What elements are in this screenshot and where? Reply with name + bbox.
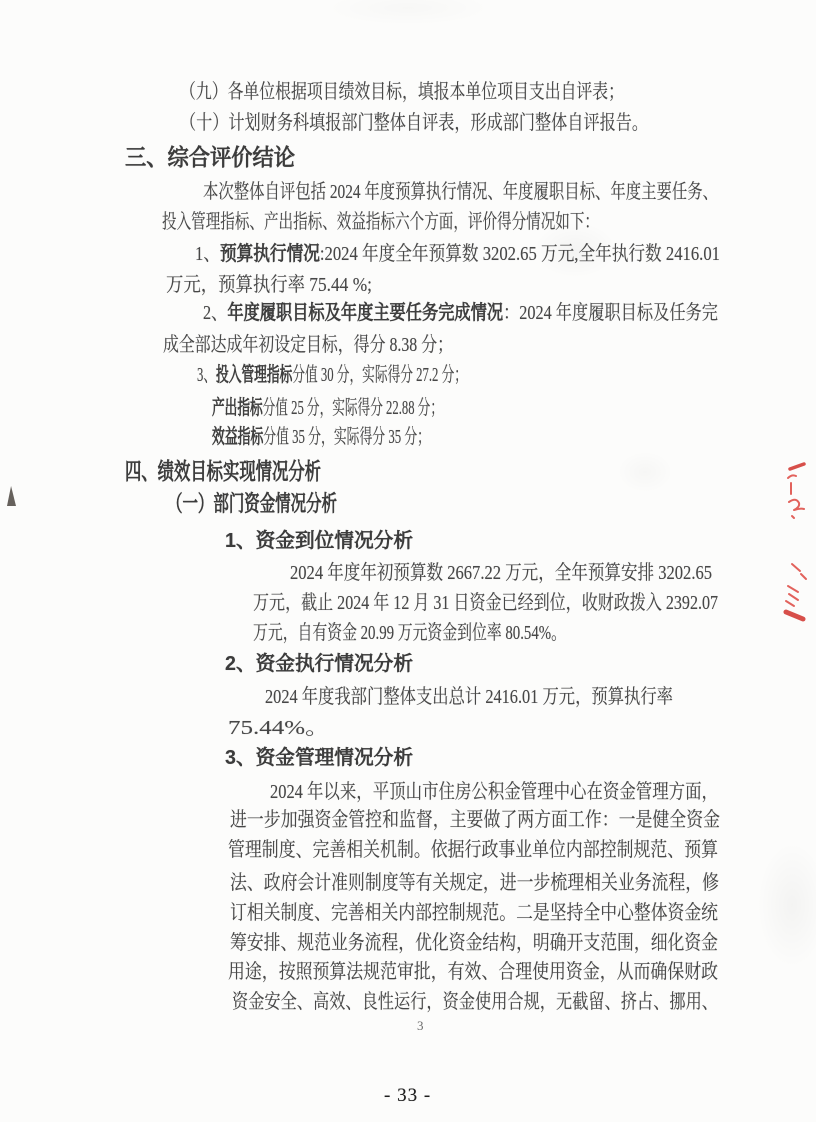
para-fund-management-line-5: 订相关制度、完善相关内部控制规范。二是坚持全中心整体资金统: [230, 903, 718, 923]
text-run: 1、资金到位情况分析: [225, 530, 413, 552]
emphasized-text: 年度履职目标及年度主要任务完成情况: [227, 302, 503, 324]
item-output-indicator: 产出指标分值 25 分，实际得分 22.88 分；: [212, 398, 443, 418]
item-duty-targets-line-1: 2、年度履职目标及年度主要任务完成情况：2024 年度履职目标及任务完: [203, 303, 718, 323]
text-run: ：2024 年度履职目标及任务完: [503, 302, 718, 324]
item-duty-targets-line-2: 成全部达成年初设定目标，得分 8.38 分；: [163, 335, 453, 355]
scanned-document-page: （九）各单位根据项目绩效目标，填报本单位项目支出自评表；（十）计划财务科填报部门…: [0, 0, 816, 1122]
para-fund-execution-line-2: 75.44%。: [228, 718, 330, 738]
text-run: 三、综合评价结论: [125, 144, 295, 170]
footer-page-number: - 33 -: [384, 1086, 431, 1105]
para-fund-management-line-4: 法、政府会计准则制度等有关规定，进一步梳理相关业务流程，修: [230, 873, 719, 893]
para-fund-management-line-8: 资金安全、高效、良性运行，资金使用合规，无截留、挤占、挪用、: [232, 992, 718, 1012]
para-fund-management-line-2: 进一步加强资金管控和监督，主要做了两方面工作：一是健全资金: [230, 810, 720, 830]
text-run: 筹安排、规范业务流程，优化资金结构，明确开支范围，细化资金: [230, 932, 718, 954]
text-run: 2024 年以来，平顶山市住房公积金管理中心在资金管理方面，: [270, 781, 718, 803]
text-run: 订相关制度、完善相关内部控制规范。二是坚持全中心整体资金统: [230, 902, 718, 924]
text-run: 75.44%。: [228, 717, 330, 739]
para-fund-arrival-line-3: 万元，自有资金 20.99 万元资金到位率 80.54%。: [253, 623, 566, 643]
text-run: 分值 25 分，实际得分 22.88 分；: [263, 397, 443, 419]
text-run: 四、绩效目标实现情况分析: [125, 458, 321, 484]
para-fund-management-line-1: 2024 年以来，平顶山市住房公积金管理中心在资金管理方面，: [270, 782, 718, 802]
text-run: 2、资金执行情况分析: [225, 653, 413, 675]
heading-section-four: 四、绩效目标实现情况分析: [125, 460, 321, 483]
heading-fund-execution: 2、资金执行情况分析: [225, 654, 413, 674]
text-run: （九）各单位根据项目绩效目标，填报本单位项目支出自评表；: [180, 81, 624, 103]
list-item-ten: （十）计划财务科填报部门整体自评表，形成部门整体自评报告。: [180, 113, 648, 133]
text-run: 本次整体自评包括 2024 年度预算执行情况、年度履职目标、年度主要任务、: [203, 181, 718, 203]
emphasized-text: 产出指标: [212, 397, 263, 419]
item-benefit-indicator: 效益指标分值 35 分，实际得分 35 分；: [212, 427, 430, 447]
red-ink-mark-lower: [780, 556, 814, 622]
para-fund-arrival-line-2: 万元，截止 2024 年 12 月 31 日资金已经到位，收财政拨入 2392.…: [253, 593, 718, 613]
emphasized-text: 投入管理指标: [216, 364, 292, 386]
text-run: 2、: [203, 302, 227, 324]
text-run: 管理制度、完善相关机制。依据行政事业单位内部控制规范、预算: [228, 839, 718, 861]
para-fund-management-line-3: 管理制度、完善相关机制。依据行政事业单位内部控制规范、预算: [228, 840, 718, 860]
emphasized-text: 效益指标: [212, 426, 263, 448]
text-run: 投入管理指标、产出指标、效益指标六个方面，评价得分情况如下：: [162, 211, 599, 233]
heading-fund-management: 3、资金管理情况分析: [225, 748, 413, 768]
red-ink-mark-upper: [778, 460, 812, 524]
item-budget-execution-line-2: 万元，预算执行率 75.44 %;: [166, 275, 372, 295]
text-run: 1、: [195, 243, 220, 265]
text-run: 成全部达成年初设定目标，得分 8.38 分；: [163, 334, 453, 356]
text-run: 用途，按照预算法规范审批，有效、合理使用资金，从而确保财政: [228, 961, 718, 983]
text-run: （一）部门资金情况分析: [167, 491, 337, 516]
list-item-nine: （九）各单位根据项目绩效目标，填报本单位项目支出自评表；: [180, 82, 624, 102]
heading-sub-one: （一）部门资金情况分析: [167, 493, 337, 515]
para-fund-management-line-7: 用途，按照预算法规范审批，有效、合理使用资金，从而确保财政: [228, 962, 718, 982]
heading-fund-arrival: 1、资金到位情况分析: [225, 531, 413, 551]
text-run: :2024 年度全年预算数 3202.65 万元,全年执行数 2416.01: [320, 243, 720, 265]
text-run: 资金安全、高效、良性运行，资金使用合规，无截留、挤占、挪用、: [232, 991, 718, 1013]
para-fund-execution-line-1: 2024 年度我部门整体支出总计 2416.01 万元，预算执行率: [265, 687, 673, 707]
para-fund-management-line-6: 筹安排、规范业务流程，优化资金结构，明确开支范围，细化资金: [230, 933, 718, 953]
text-run: 3、: [197, 364, 216, 386]
text-run: 分值 35 分，实际得分 35 分；: [263, 426, 430, 448]
text-run: 2024 年度年初预算数 2667.22 万元，全年预算安排 3202.65: [290, 562, 712, 584]
scan-edge-artifact: [7, 486, 16, 506]
item-budget-execution-line-1: 1、预算执行情况:2024 年度全年预算数 3202.65 万元,全年执行数 2…: [195, 244, 720, 264]
text-run: 3、资金管理情况分析: [225, 747, 413, 769]
para-overview-line-2: 投入管理指标、产出指标、效益指标六个方面，评价得分情况如下：: [162, 212, 599, 232]
inner-page-number: 3: [417, 1019, 424, 1032]
para-fund-arrival-line-1: 2024 年度年初预算数 2667.22 万元，全年预算安排 3202.65: [290, 563, 712, 583]
item-input-indicator: 3、投入管理指标分值 30 分，实际得分 27.2 分；: [197, 365, 467, 385]
para-overview-line-1: 本次整体自评包括 2024 年度预算执行情况、年度履职目标、年度主要任务、: [203, 182, 718, 202]
text-run: 进一步加强资金管控和监督，主要做了两方面工作：一是健全资金: [230, 809, 720, 831]
text-run: 万元，截止 2024 年 12 月 31 日资金已经到位，收财政拨入 2392.…: [253, 592, 718, 614]
text-run: 万元，自有资金 20.99 万元资金到位率 80.54%。: [253, 622, 566, 644]
text-run: （十）计划财务科填报部门整体自评表，形成部门整体自评报告。: [180, 112, 648, 134]
text-run: 法、政府会计准则制度等有关规定，进一步梳理相关业务流程，修: [230, 872, 719, 894]
text-run: 万元，预算执行率 75.44 %;: [166, 274, 372, 296]
text-run: 分值 30 分，实际得分 27.2 分；: [292, 364, 467, 386]
text-run: 2024 年度我部门整体支出总计 2416.01 万元，预算执行率: [265, 686, 673, 708]
heading-section-three: 三、综合评价结论: [125, 146, 295, 169]
emphasized-text: 预算执行情况: [220, 243, 320, 265]
